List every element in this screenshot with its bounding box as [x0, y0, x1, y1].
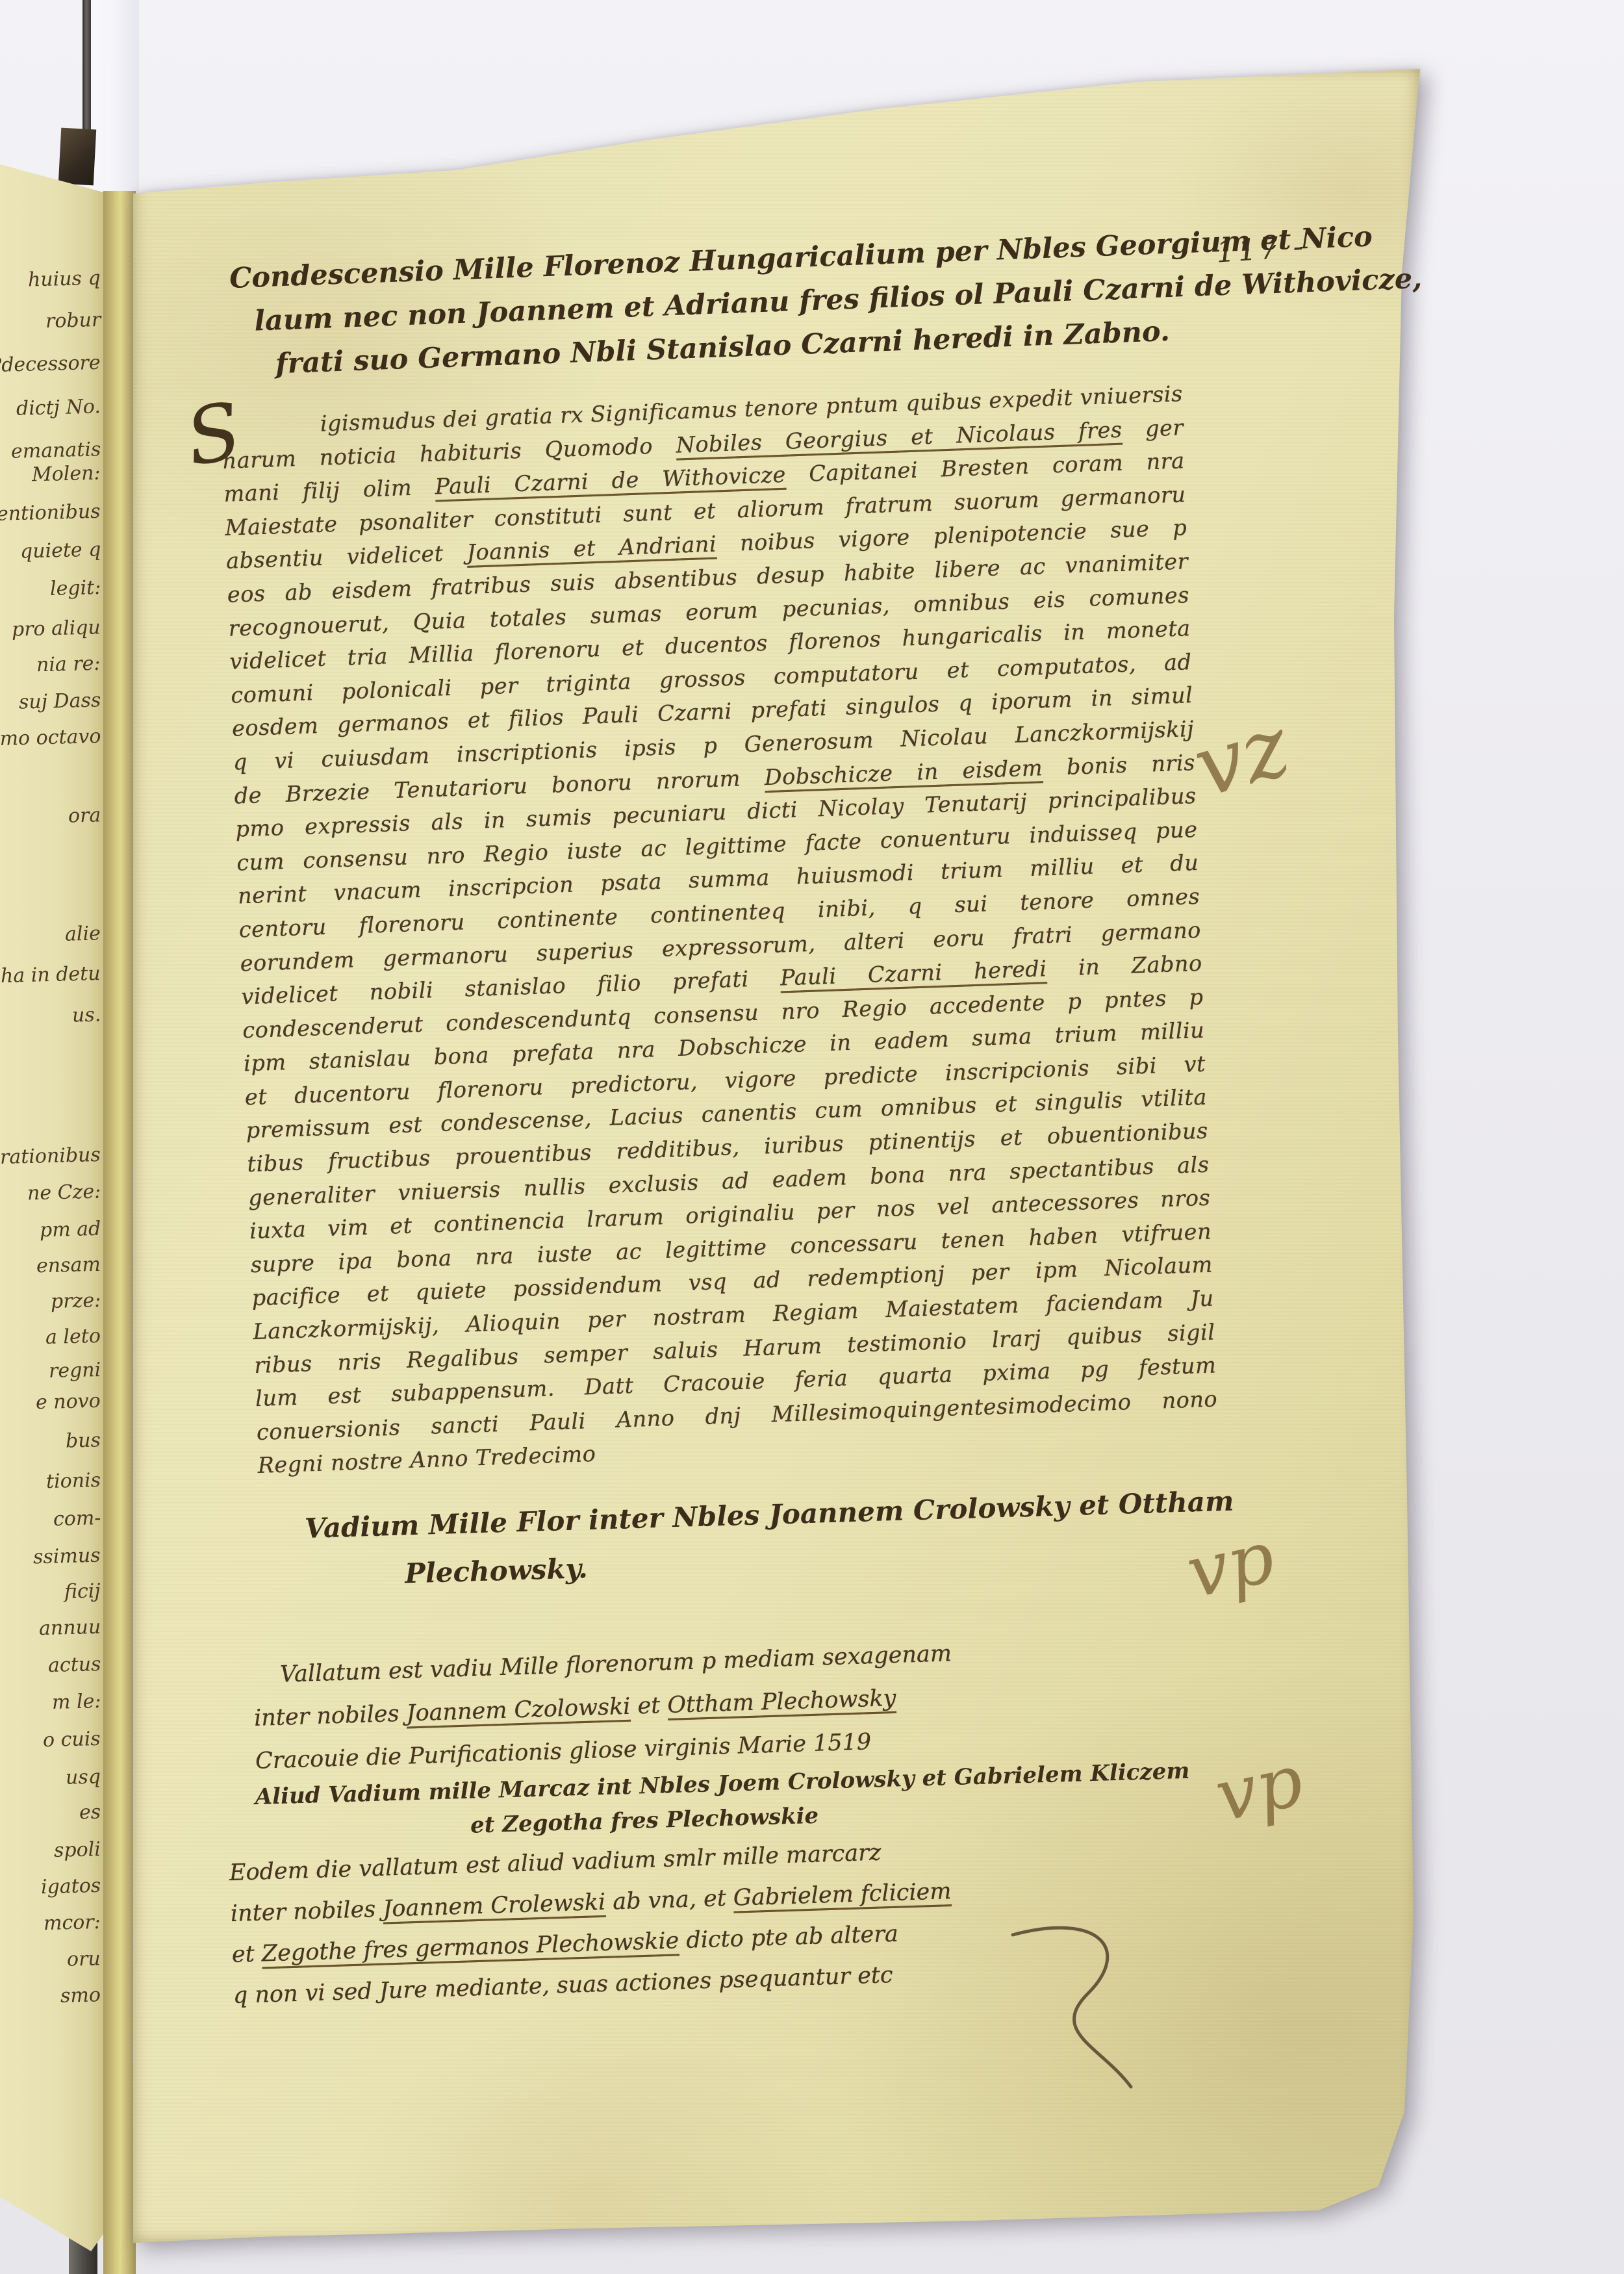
underlined-phrase: Gabrielem fcliciem: [733, 1878, 952, 1911]
underlined-phrase: Joannis et Andriani: [466, 531, 717, 565]
entry2-heading: Vadium Mille Flor inter Nbles Joannem Cr…: [304, 1477, 1229, 1601]
ink-layer: 117 - Condescensio Mille Florenoz Hungar…: [0, 0, 1624, 2274]
manuscript-scan: huius qroburPdecessoredictj No.emanatisM…: [0, 0, 1624, 2274]
underlined-phrase: Joannem Czolowski: [406, 1694, 631, 1727]
end-flourish: [1004, 1917, 1147, 2099]
entry1-body: igismudus dei gratia rx Significamus ten…: [221, 377, 1219, 1483]
margin-mark: vp: [1208, 1739, 1310, 1838]
underlined-phrase: Joannem Crolewski: [383, 1889, 606, 1923]
underlined-phrase: Ottham Plechowsky: [667, 1685, 896, 1718]
margin-mark: vz: [1184, 696, 1299, 816]
underlined-phrase: Dobschicze in eisdem: [764, 755, 1043, 790]
underlined-phrase: Pauli Czarni heredi: [780, 956, 1047, 990]
margin-mark: vp: [1180, 1515, 1281, 1615]
entry1-heading: Condescensio Mille Florenoz Hungaricaliu…: [229, 218, 1311, 388]
underlined-phrase: Zegothe fres germanos Plechowskie: [261, 1928, 679, 1967]
